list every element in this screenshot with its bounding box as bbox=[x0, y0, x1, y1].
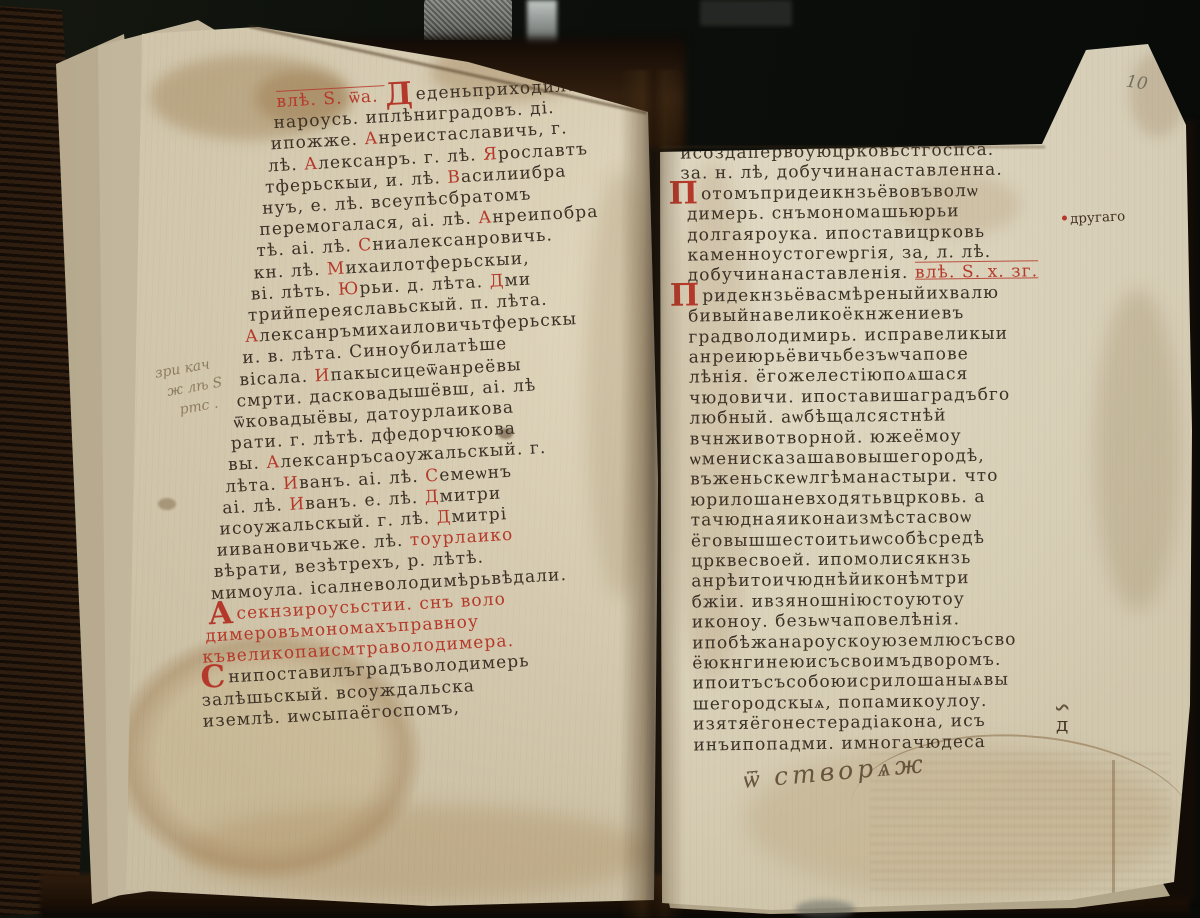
book-stand-clamp bbox=[424, 0, 512, 40]
manuscript-photo-scene: зри качж лѣ Ѕртс . влѣ. Ѕ. ѿа. Деденьпри… bbox=[0, 0, 1200, 918]
manuscript-text-segment: вчнживотворной. южеёмоу bbox=[690, 426, 962, 449]
manuscript-text-segment: анрѣитоичюднѣйиконѣмтри bbox=[691, 569, 969, 592]
manuscript-text-segment: чюдовичи. ипоставишаградъбго bbox=[689, 384, 1010, 408]
manuscript-text-segment: нреипобра bbox=[492, 202, 599, 228]
manuscript-text-segment: емеѡнъ bbox=[439, 461, 513, 485]
manuscript-text-segment: Д bbox=[424, 487, 440, 508]
manuscript-text-segment: С bbox=[425, 465, 440, 486]
manuscript-text-segment: бивыйнавеликоёкнжениевъ bbox=[688, 303, 964, 326]
stain bbox=[1095, 290, 1180, 610]
manuscript-text-segment: Д bbox=[436, 507, 452, 528]
manuscript-text-segment: тоурлаико bbox=[409, 525, 513, 551]
manuscript-text-segment: аі. лѣ. bbox=[222, 495, 290, 519]
right-page-text: исоздапервоуюцрковьстгоспса.за. н. лѣ, д… bbox=[652, 137, 1100, 802]
manuscript-text-segment: И bbox=[314, 365, 331, 386]
manuscript-text-segment: добучинанаставленія. bbox=[688, 263, 916, 286]
manuscript-text-segment: Ю bbox=[338, 279, 360, 300]
manuscript-text-segment: Я bbox=[483, 144, 499, 165]
manuscript-text-segment: любный. аѡбѣщалсястнѣй bbox=[689, 406, 946, 429]
manuscript-text-segment: А bbox=[478, 208, 493, 229]
manuscript-text-segment: иконоу. безьѡчаповелѣнія. bbox=[692, 609, 960, 632]
manuscript-text-segment: лѣ. bbox=[267, 154, 304, 176]
right-page-top-edge-line bbox=[660, 146, 1045, 148]
manuscript-text-segment: А bbox=[245, 326, 260, 347]
manuscript-text-segment: И bbox=[283, 473, 300, 494]
stain bbox=[180, 805, 650, 900]
folio-number: 10 bbox=[1125, 73, 1149, 94]
bottom-smudge bbox=[795, 900, 855, 918]
manuscript-text-segment: Д bbox=[489, 271, 505, 292]
ink-spot bbox=[158, 498, 176, 510]
manuscript-text-segment: митрі bbox=[451, 504, 508, 527]
manuscript-text-segment: инъипопадми. имногачюдеса bbox=[693, 732, 986, 756]
manuscript-text-segment: вы. bbox=[228, 453, 267, 475]
manuscript-text-segment: рославтъ bbox=[497, 139, 588, 164]
manuscript-text-segment: И bbox=[289, 494, 306, 515]
manuscript-text-segment: С bbox=[358, 235, 373, 256]
manuscript-text-segment: ми bbox=[504, 269, 532, 290]
manuscript-line: чюдовичи. ипоставишаградъбго bbox=[689, 384, 1010, 409]
manuscript-text-segment: В bbox=[447, 167, 462, 188]
manuscript-text-segment: лѣта. bbox=[225, 474, 284, 497]
manuscript-text-segment: лѣнія. ёгожелестіюпоѧшася bbox=[689, 365, 969, 388]
manuscript-text-segment: димерь. снъмономашьюрьи bbox=[687, 201, 960, 224]
manuscript-text-segment: митри bbox=[439, 483, 502, 506]
manuscript-text-segment: кн. лѣ. bbox=[253, 259, 327, 283]
manuscript-text-segment: А bbox=[364, 129, 379, 150]
manuscript-text-segment: А bbox=[266, 453, 281, 474]
manuscript-text-segment: бжіи. ивзяношніюстоуютоу bbox=[692, 589, 966, 612]
manuscript-text-segment: М bbox=[326, 258, 346, 279]
manuscript-text-segment: влѣ. Ѕ. х. зг. bbox=[915, 262, 1039, 284]
manuscript-text-segment: асилиибра bbox=[460, 161, 567, 187]
manuscript-text-segment: вісала. bbox=[239, 366, 315, 390]
manuscript-text-segment: отомъпридеикнзьёвовъволѡ bbox=[701, 181, 979, 204]
manuscript-line: инъипопадми. имногачюдеса bbox=[693, 732, 986, 757]
background-object bbox=[700, 0, 792, 26]
gutter-shadow bbox=[620, 70, 684, 918]
stain bbox=[1130, 52, 1185, 137]
manuscript-text-segment: А bbox=[304, 153, 319, 174]
